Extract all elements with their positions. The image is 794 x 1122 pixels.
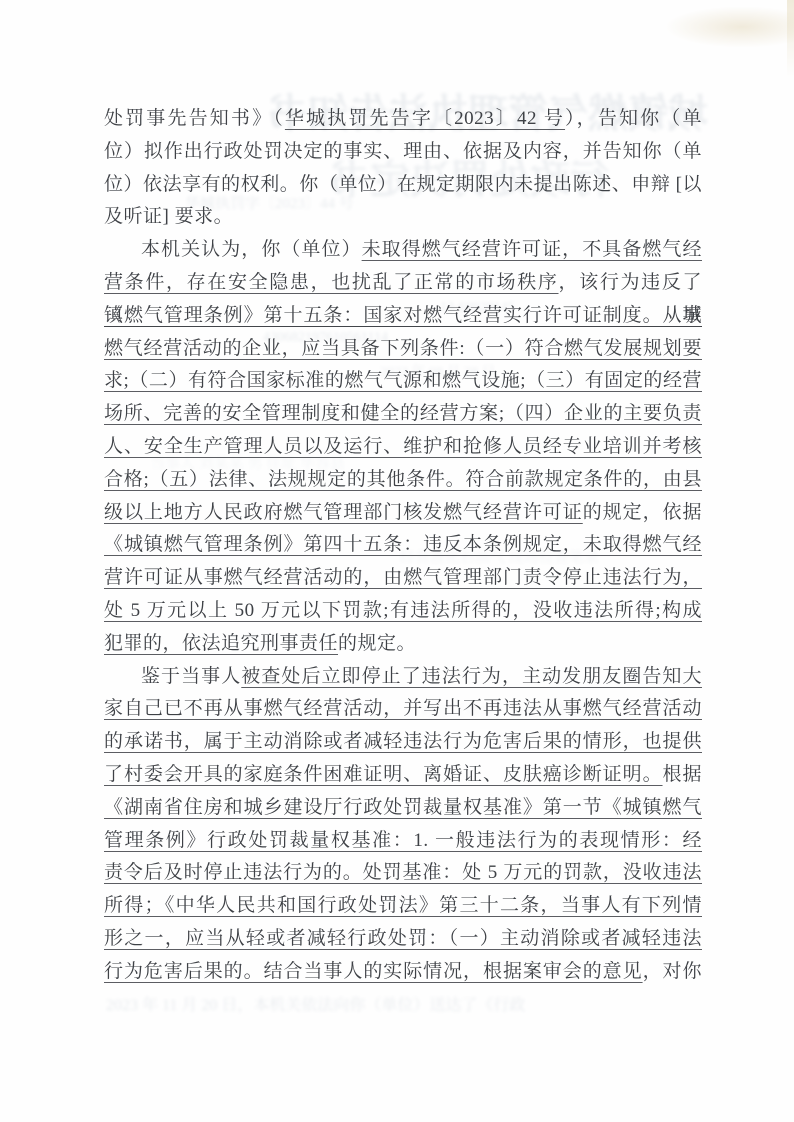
- underlined-text-segment: 场所、完善的安全管理制度和健全的经营方案;（四）企业的主要负责: [104, 403, 702, 424]
- text-segment: 的规定，依据: [583, 502, 702, 523]
- text-line-p3-2: 家自己已不再从事燃气经营活动，并写出不再违法从事燃气经营活动: [104, 693, 702, 726]
- text-segment: 的规定。: [338, 633, 416, 654]
- underlined-text-segment: 华城执罚先告字〔2023〕42 号: [285, 108, 565, 129]
- bleedthrough-ghost-text: 2023 年 11 月 20 日，本机关依法向你（单位）送达了《行政: [106, 992, 525, 1015]
- underlined-text-segment: 级以上地方人民政府燃气管理部门核发燃气经营许可证: [104, 502, 583, 523]
- text-line-p2-1: 本机关认为，你（单位）未取得燃气经营许可证，不具备燃气经: [104, 234, 702, 267]
- underlined-text-segment: 行为危害后果的。结合当事人的实际情况，根据案审会的意见: [104, 961, 643, 982]
- text-segment: 位）拟作出行政处罚决定的事实、理由、依据及内容，并告知你（单: [104, 141, 702, 162]
- underlined-text-segment: 求;（二）有符合国家标准的燃气气源和燃气设施;（三）有固定的经营: [104, 370, 702, 391]
- text-segment: ，对你: [643, 961, 702, 982]
- text-line-p2-3: 镇燃气管理条例》第十五条：国家对燃气经营实行许可证制度。从事: [104, 300, 702, 333]
- text-line-p2-11: 营许可证从事燃气经营活动的，由燃气管理部门责令停止违法行为，: [104, 562, 702, 595]
- underlined-text-segment: 家自己已不再从事燃气经营活动，并写出不再违法从事燃气经营活动: [104, 698, 702, 719]
- text-line-p2-8: 合格;（五）法律、法规规定的其他条件。符合前款规定条件的，由县: [104, 464, 702, 497]
- underlined-text-segment: 燃气经营活动的企业，应当具备下列条件:（一）符合燃气发展规划要: [104, 338, 702, 359]
- underlined-text-segment: 管理条例》行政处罚裁量权基准：1. 一般违法行为的表现情形：经: [104, 830, 702, 851]
- text-line-p3-6: 管理条例》行政处罚裁量权基准：1. 一般违法行为的表现情形：经: [104, 825, 702, 858]
- text-line-p1-1: 处罚事先告知书》（华城执罚先告字〔2023〕42 号），告知你（单: [104, 103, 702, 136]
- text-line-p3-4: 了村委会开具的家庭条件困难证明、离婚证、皮肤癌诊断证明。根据: [104, 759, 702, 792]
- text-line-p2-10: 《城镇燃气管理条例》第四十五条：违反本条例规定，未取得燃气经: [104, 529, 702, 562]
- underlined-text-segment: 《城镇燃气管理条例》第四十五条：违反本条例规定，未取得燃气经: [104, 534, 702, 555]
- text-line-p3-9: 形之一，应当从轻或者减轻行政处罚：（一）主动消除或者减轻违法: [104, 923, 702, 956]
- text-line-p1-2: 位）拟作出行政处罚决定的事实、理由、依据及内容，并告知你（单: [104, 136, 702, 169]
- underlined-text-segment: 营许可证从事燃气经营活动的，由燃气管理部门责令停止违法行为，: [104, 567, 702, 588]
- underlined-text-segment: 形之一，应当从轻或者减轻行政处罚：（一）主动消除或者减轻违法: [104, 928, 702, 949]
- text-line-p3-3: 的承诺书，属于主动消除或者减轻违法行为危害后果的情形，也提供: [104, 726, 702, 759]
- text-line-p3-10: 行为危害后果的。结合当事人的实际情况，根据案审会的意见，对你: [104, 956, 702, 989]
- text-line-p2-13: 犯罪的，依法追究刑事责任的规定。: [104, 628, 702, 661]
- text-segment: 位）依法享有的权利。你（单位）在规定期限内未提出陈述、申辩 [以: [104, 174, 702, 195]
- underlined-text-segment: 人、安全生产管理人员以及运行、维护和抢修人员经专业培训并考核: [104, 436, 702, 457]
- text-line-p2-9: 级以上地方人民政府燃气管理部门核发燃气经营许可证的规定，依据: [104, 497, 702, 530]
- text-segment: 处罚事先告知书》（: [104, 108, 285, 129]
- scan-edge-artifact: [787, 0, 794, 78]
- text-segment: 鉴于当事人: [141, 666, 241, 687]
- text-line-p2-4: 燃气经营活动的企业，应当具备下列条件:（一）符合燃气发展规划要: [104, 333, 702, 366]
- underlined-text-segment: 所得；《中华人民共和国行政处罚法》第三十二条，当事人有下列情: [104, 895, 702, 916]
- text-line-p1-3: 位）依法享有的权利。你（单位）在规定期限内未提出陈述、申辩 [以: [104, 169, 702, 202]
- document-text-block: 处罚事先告知书》（华城执罚先告字〔2023〕42 号），告知你（单位）拟作出行政…: [104, 103, 702, 989]
- underlined-text-segment: 处 5 万元以上 50 万元以下罚款;有违法所得的，没收违法所得;构成: [104, 600, 702, 621]
- text-segment: 根据: [663, 764, 702, 785]
- underlined-text-segment: 未取得燃气经营许可证，不具备燃气经: [362, 239, 702, 260]
- underlined-text-segment: 镇燃气管理条例》第十五条：国家对燃气经营实行许可证制度。从事: [104, 305, 702, 326]
- underlined-text-segment: 责令后及时停止违法行为的。处罚基准：处 5 万元的罚款，没收违法: [104, 862, 702, 883]
- text-line-p2-7: 人、安全生产管理人员以及运行、维护和抢修人员经专业培训并考核: [104, 431, 702, 464]
- underlined-text-segment: 的承诺书，属于主动消除或者减轻违法行为危害后果的情形，也提供: [104, 731, 702, 752]
- text-line-p3-1: 鉴于当事人被查处后立即停止了违法行为，主动发朋友圈告知大: [104, 661, 702, 694]
- underlined-text-segment: 营条件，存在安全隐患，也扰乱了正常的市场秩序: [104, 272, 559, 293]
- underlined-text-segment: 犯罪的，依法追究刑事责任: [104, 633, 338, 654]
- text-line-p2-12: 处 5 万元以上 50 万元以下罚款;有违法所得的，没收违法所得;构成: [104, 595, 702, 628]
- text-line-p3-7: 责令后及时停止违法行为的。处罚基准：处 5 万元的罚款，没收违法: [104, 857, 702, 890]
- text-segment: ，该行为违反了: [559, 272, 702, 293]
- text-line-p2-6: 场所、完善的安全管理制度和健全的经营方案;（四）企业的主要负责: [104, 398, 702, 431]
- text-segment: 本机关认为，你（单位）: [141, 239, 362, 260]
- underlined-text-segment: 《湖南省住房和城乡建设厅行政处罚裁量权基准》第一节《城镇燃气: [104, 797, 702, 818]
- text-segment: ），告知你（单: [565, 108, 702, 129]
- underlined-text-segment: 了村委会开具的家庭条件困难证明、离婚证、皮肤癌诊断证明。: [104, 764, 663, 785]
- text-line-p2-2: 营条件，存在安全隐患，也扰乱了正常的市场秩序，该行为违反了《城: [104, 267, 702, 300]
- underlined-text-segment: 合格;（五）法律、法规规定的其他条件。符合前款规定条件的，由县: [104, 469, 702, 490]
- text-segment: 及听证] 要求。: [104, 206, 233, 227]
- text-line-p1-4: 及听证] 要求。: [104, 201, 702, 234]
- text-line-p3-8: 所得；《中华人民共和国行政处罚法》第三十二条，当事人有下列情: [104, 890, 702, 923]
- scan-smudge-top-right: [664, 6, 794, 48]
- underlined-text-segment: 被查处后立即停止了违法行为，主动发朋友圈告知大: [241, 666, 702, 687]
- text-line-p3-5: 《湖南省住房和城乡建设厅行政处罚裁量权基准》第一节《城镇燃气: [104, 792, 702, 825]
- text-line-p2-5: 求;（二）有符合国家标准的燃气气源和燃气设施;（三）有固定的经营: [104, 365, 702, 398]
- scanned-document-page: 城镇燃气管理执法告知书行政处罚决定书华城执罚字〔2023〕44 号13-6992…: [0, 0, 794, 1122]
